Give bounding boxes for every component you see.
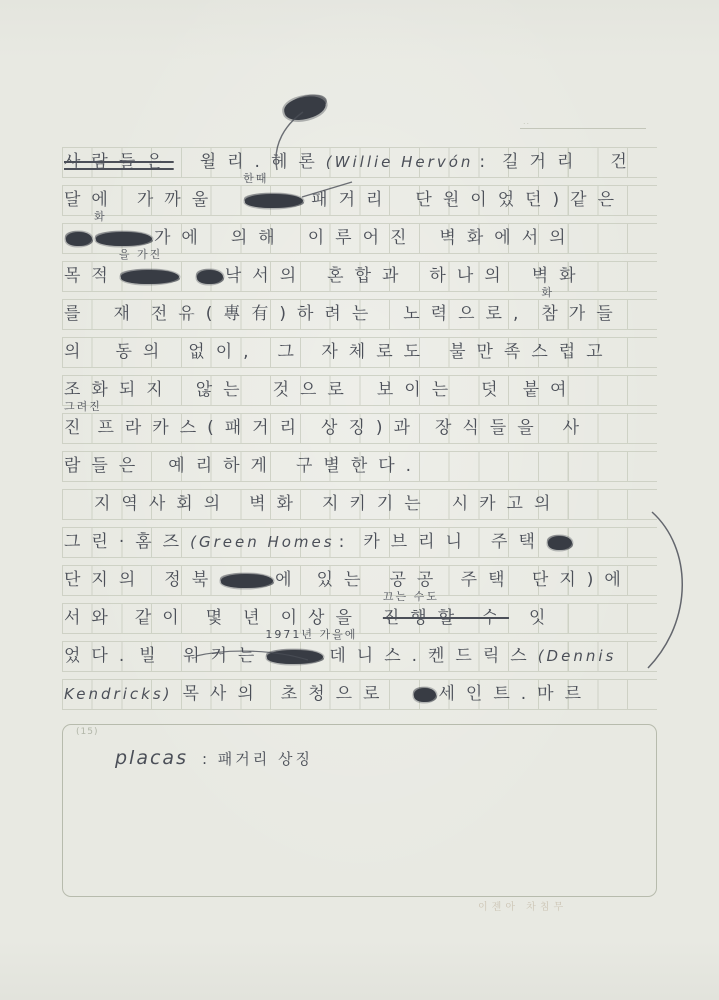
- handwritten-latin-text: (Dennis: [538, 641, 617, 670]
- handwritten-korean-text: 프라카스(패거리: [97, 413, 307, 442]
- scribbled-out-word: [546, 527, 574, 556]
- hand-gap: [146, 584, 164, 585]
- korean-text: 벽화: [249, 494, 304, 514]
- handwritten-korean-text: 없이,: [188, 337, 259, 366]
- scribbled-out-word: 한때: [243, 185, 305, 214]
- hand-gap: [209, 242, 231, 243]
- manuscript-line: 달에가까울한때패거리단원이었던)같은: [64, 185, 704, 214]
- scribbled-out-note: [282, 92, 328, 124]
- korean-text: 의: [64, 342, 91, 362]
- handwritten-latin-text: (Willie Hervón: [326, 147, 474, 176]
- korean-text: 지키기는: [322, 494, 432, 514]
- latin-text: Kendricks): [64, 685, 173, 703]
- latin-text: (Willie Hervón: [326, 153, 474, 171]
- hand-gap: [421, 432, 435, 433]
- korean-text: 몇: [206, 608, 233, 628]
- scribbled-out-word: [64, 223, 94, 252]
- korean-text: 프라카스(패거리: [97, 418, 307, 438]
- handwritten-korean-text: 붙여: [523, 375, 578, 404]
- korean-text: 조화되지: [64, 380, 174, 400]
- hand-gap: [233, 622, 243, 623]
- handwritten-korean-text: 의해: [231, 223, 286, 252]
- hand-gap: [170, 356, 188, 357]
- hand-gap: [219, 204, 243, 205]
- footnote-latin-word: placas: [115, 747, 188, 769]
- manuscript-line: 조화되지않는것으로보이는덧붙여: [64, 375, 704, 404]
- handwritten-korean-text: 를: [64, 299, 91, 328]
- handwritten-korean-text: 있는: [317, 565, 372, 594]
- hand-gap: [431, 356, 449, 357]
- handwritten-korean-text: 장식들을: [435, 413, 545, 442]
- korean-text: 않는: [196, 380, 251, 400]
- manuscript-line: 서와같이몇년이상을진행할 수끄는 수도잇: [64, 603, 704, 632]
- hand-gap: [260, 356, 278, 357]
- handwritten-korean-text: 의: [64, 337, 91, 366]
- hand-gap: [190, 622, 206, 623]
- korean-text: 건: [610, 152, 637, 172]
- korean-text: 패거리: [311, 190, 393, 210]
- korean-text: 이상을: [281, 608, 363, 628]
- korean-text: 전유(專有)하려는: [151, 304, 379, 324]
- handwritten-korean-text: 건: [610, 147, 637, 176]
- hand-gap: [379, 318, 403, 319]
- korean-text: 가에: [154, 228, 209, 248]
- manuscript-line: 사람들은윌리.헤론(Willie Hervón:길거리건: [64, 147, 704, 176]
- korean-text: 지역사회의: [94, 494, 231, 514]
- scribble-blob: [197, 270, 223, 284]
- scribbled-out-word: [412, 679, 438, 708]
- hand-gap: [371, 584, 389, 585]
- handwritten-korean-text: 참가들화: [541, 299, 623, 328]
- manuscript-line: 의동의없이,그 자체로도불만족스럽고: [64, 337, 704, 366]
- korean-text: 혼합과: [327, 266, 409, 286]
- handwritten-korean-text: 같이: [135, 603, 190, 632]
- hand-gap: [278, 470, 296, 471]
- handwritten-korean-text: 주택: [491, 527, 546, 556]
- korean-text: 상징)과: [321, 418, 421, 438]
- scribble-blob: [121, 270, 179, 284]
- handwritten-korean-text: 목적: [64, 261, 119, 290]
- manuscript-line: 진그려진프라카스(패거리상징)과장식들을사: [64, 413, 704, 442]
- scribble-blob: [96, 232, 152, 246]
- korean-text: 진행할 수: [383, 608, 509, 628]
- latin-text: (Green Homes: [190, 533, 335, 551]
- hand-gap: [286, 242, 308, 243]
- footnote-corner-mark: (15): [76, 727, 98, 737]
- korean-text: 노력으로,: [403, 304, 529, 324]
- korean-text: 달에: [64, 190, 119, 210]
- hand-gap: [545, 432, 563, 433]
- manuscript-line: 지역사회의벽화지키기는시카고의: [64, 489, 704, 518]
- handwritten-korean-text: 었다.: [64, 641, 135, 670]
- insertion-above-line: 화: [94, 211, 107, 222]
- korean-text: 공공 주택 단지)에: [389, 570, 631, 590]
- hand-gap: [251, 394, 273, 395]
- handwritten-korean-text: 벽화: [532, 261, 587, 290]
- korean-text: 주택: [491, 532, 546, 552]
- footnote-korean-text: : 패거리 상징: [202, 750, 313, 768]
- insertion-above-line: 1971년 가을에: [265, 629, 357, 640]
- manuscript-line: 를재전유(專有)하려는노력으로,참가들화: [64, 299, 704, 328]
- scribbled-out-word: [219, 565, 275, 594]
- handwritten-korean-text: 카브리니: [363, 527, 473, 556]
- handwritten-korean-text: 세인트.마르: [438, 679, 592, 708]
- handwritten-korean-text: :: [479, 147, 496, 176]
- korean-text: 참가들: [541, 304, 623, 324]
- hand-gap: [529, 318, 541, 319]
- handwritten-korean-text: 패거리: [311, 185, 393, 214]
- hand-gap: [265, 698, 281, 699]
- korean-text: 를: [64, 304, 91, 324]
- handwritten-korean-text: 그린·홈즈: [64, 527, 190, 556]
- handwritten-korean-text: 에: [275, 565, 302, 594]
- hand-gap: [146, 470, 168, 471]
- korean-text: 의해: [231, 228, 286, 248]
- scribble-blob: [245, 194, 303, 208]
- korean-text: 사: [563, 418, 590, 438]
- korean-text: 구별한다.: [296, 456, 422, 476]
- handwritten-korean-text: 그 자체로도: [278, 337, 432, 366]
- handwritten-korean-text: 사: [563, 413, 590, 442]
- handwritten-korean-text: 예리하게: [168, 451, 278, 480]
- korean-text: 없이,: [188, 342, 259, 362]
- korean-text: 벽화: [532, 266, 587, 286]
- korean-text: 람들은: [64, 456, 146, 476]
- hand-gap: [584, 166, 610, 167]
- handwritten-korean-text: 덧: [481, 375, 508, 404]
- korean-text: 목적: [64, 266, 119, 286]
- handwritten-korean-text: 벽화: [249, 489, 304, 518]
- korean-text: 데니스.켄드릭스: [329, 646, 537, 666]
- handwritten-korean-text: 가에: [154, 223, 209, 252]
- korean-text: 에: [275, 570, 302, 590]
- korean-text: 같이: [135, 608, 190, 628]
- handwritten-latin-text: Kendricks): [64, 679, 173, 708]
- korean-text: 목사의: [183, 684, 265, 704]
- hand-gap: [432, 508, 452, 509]
- handwritten-latin-text: (Green Homes: [190, 527, 335, 556]
- handwritten-korean-text: 데니스.켄드릭스: [329, 641, 537, 670]
- handwritten-korean-text: 서와: [64, 603, 119, 632]
- handwritten-korean-text: 하나의: [429, 261, 511, 290]
- korean-text: 년: [243, 608, 270, 628]
- scribbled-out-word: [195, 261, 225, 290]
- insertion-above-line: 한때: [243, 173, 268, 184]
- insertion-above-line: 을 가진: [119, 249, 162, 260]
- korean-text: 불만족스럽고: [449, 342, 614, 362]
- hand-gap: [390, 698, 412, 699]
- handwritten-korean-text: 가까울: [137, 185, 219, 214]
- handwritten-korean-text: 잇: [529, 603, 556, 632]
- korean-text: 잇: [529, 608, 556, 628]
- korean-text: 덧: [481, 380, 508, 400]
- hand-gap: [304, 508, 322, 509]
- struck-korean-text: 진행할 수끄는 수도: [383, 603, 509, 632]
- header-rule-line: [520, 128, 646, 129]
- handwritten-korean-text: :: [339, 527, 356, 556]
- handwritten-korean-text: 재: [113, 299, 140, 328]
- handwritten-korean-text: 진그려진: [64, 413, 91, 442]
- hand-gap: [64, 508, 94, 509]
- struck-korean-text: 사람들은: [64, 147, 174, 176]
- korean-text: 초청으로: [281, 684, 391, 704]
- hand-gap: [512, 280, 532, 281]
- hand-gap: [473, 546, 491, 547]
- scribble-blob: [221, 574, 273, 588]
- manuscript-line: 목적을 가진낙서의혼합과하나의벽화: [64, 261, 704, 290]
- handwritten-korean-text: 정북: [164, 565, 219, 594]
- hand-gap: [355, 394, 377, 395]
- handwritten-korean-text: 단원이었던): [415, 185, 570, 214]
- handwritten-korean-text: 지키기는: [322, 489, 432, 518]
- korean-text: 것으로: [273, 380, 355, 400]
- manuscript-line: Kendricks)목사의초청으로세인트.마르: [64, 679, 704, 708]
- handwritten-korean-text: 것으로: [273, 375, 355, 404]
- handwritten-korean-text: 지역사회의: [94, 489, 231, 518]
- handwritten-korean-text: 람들은: [64, 451, 146, 480]
- handwritten-korean-text: 노력으로,: [403, 299, 529, 328]
- handwritten-korean-text: 달에: [64, 185, 119, 214]
- hand-gap: [271, 622, 281, 623]
- korean-text: 동의: [115, 342, 170, 362]
- handwritten-korean-text: 몇: [206, 603, 233, 632]
- scribbled-out-word: 을 가진: [119, 261, 181, 290]
- korean-text: 카브리니: [363, 532, 473, 552]
- handwritten-korean-text: 전유(專有)하려는: [151, 299, 379, 328]
- manuscript-line: 그린·홈즈(Green Homes:카브리니주택: [64, 527, 704, 556]
- handwritten-korean-text: 혼합과: [327, 261, 409, 290]
- insertion-above-line: 화: [541, 287, 554, 298]
- insertion-above-line: 그려진: [64, 401, 102, 412]
- hand-gap: [393, 204, 415, 205]
- hand-gap: [409, 280, 429, 281]
- hand-gap: [509, 622, 529, 623]
- scribble-blob: [66, 232, 92, 246]
- hand-gap: [119, 204, 137, 205]
- header-faint-mark: ..: [523, 117, 530, 126]
- scribble-blob: [267, 650, 323, 664]
- korean-text: 길거리: [502, 152, 584, 172]
- handwritten-korean-text: 불만족스럽고: [449, 337, 614, 366]
- korean-text: 빌 워커는: [139, 646, 265, 666]
- korean-text: 있는: [317, 570, 372, 590]
- hand-gap: [363, 622, 383, 623]
- manuscript-line: 었다.빌 워커는1971년 가을에데니스.켄드릭스(Dennis: [64, 641, 704, 670]
- manuscript-line: 람들은예리하게구별한다.: [64, 451, 704, 480]
- korean-text: 세인트.마르: [438, 684, 592, 704]
- korean-text: 정북: [164, 570, 219, 590]
- handwritten-korean-text: 초청으로: [281, 679, 391, 708]
- korean-text: 보이는: [377, 380, 459, 400]
- hand-gap: [303, 584, 317, 585]
- korean-text: 서와: [64, 608, 119, 628]
- handwritten-korean-text: 동의: [115, 337, 170, 366]
- korean-text: 가까울: [137, 190, 219, 210]
- hand-gap: [307, 280, 327, 281]
- hand-gap: [174, 394, 196, 395]
- korean-text: 붙여: [523, 380, 578, 400]
- korean-text: 장식들을: [435, 418, 545, 438]
- footnote-text: placas: 패거리 상징: [115, 745, 313, 771]
- hand-gap: [231, 508, 249, 509]
- handwritten-korean-text: 구별한다.: [296, 451, 422, 480]
- hand-gap: [417, 242, 439, 243]
- scribbled-out-word: 1971년 가을에: [265, 641, 325, 670]
- korean-text: 예리하게: [168, 456, 278, 476]
- handwritten-korean-text: 이루어진: [308, 223, 418, 252]
- hand-gap: [173, 698, 183, 699]
- korean-text: 재: [113, 304, 140, 324]
- insertion-above-line: 끄는 수도: [383, 591, 439, 602]
- handwritten-korean-text: 않는: [196, 375, 251, 404]
- hand-gap: [181, 280, 195, 281]
- scribble-blob: [414, 688, 436, 702]
- korean-text: 같은: [570, 190, 625, 210]
- handwritten-korean-text: 길거리: [502, 147, 584, 176]
- hand-gap: [355, 546, 363, 547]
- korean-text: 하나의: [429, 266, 511, 286]
- korean-text: 그린·홈즈: [64, 532, 190, 552]
- korean-text: 벽화에서의: [439, 228, 576, 248]
- korean-text: 낙서의: [225, 266, 307, 286]
- handwritten-korean-text: 벽화에서의: [439, 223, 576, 252]
- handwritten-korean-text: 단지의: [64, 565, 146, 594]
- handwritten-korean-text: 보이는: [377, 375, 459, 404]
- hand-gap: [119, 622, 135, 623]
- scribble-blob: [548, 536, 572, 550]
- hand-gap: [459, 394, 481, 395]
- hand-gap: [509, 394, 523, 395]
- hand-gap: [91, 318, 113, 319]
- latin-text: (Dennis: [538, 647, 617, 665]
- korean-text: 었다.: [64, 646, 135, 666]
- korean-text: 단지의: [64, 570, 146, 590]
- korean-text: 단원이었던): [415, 190, 570, 210]
- korean-text: 사람들은: [64, 152, 174, 172]
- handwritten-korean-text: 시카고의: [452, 489, 562, 518]
- hand-gap: [141, 318, 151, 319]
- hand-gap: [91, 356, 115, 357]
- korean-text: 그 자체로도: [278, 342, 432, 362]
- korean-text: :: [339, 532, 356, 552]
- hand-gap: [307, 432, 321, 433]
- handwritten-korean-text: 낙서의: [225, 261, 307, 290]
- hand-gap: [174, 166, 200, 167]
- korean-text: :: [479, 152, 496, 172]
- korean-text: 윌리.헤론: [200, 152, 326, 172]
- handwritten-korean-text: 상징)과: [321, 413, 421, 442]
- paper-maker-print: 이젠아 차침무: [478, 898, 567, 913]
- handwritten-korean-text: 목사의: [183, 679, 265, 708]
- korean-text: 진: [64, 418, 91, 438]
- handwritten-korean-text: 같은: [570, 185, 625, 214]
- korean-text: 시카고의: [452, 494, 562, 514]
- korean-text: 이루어진: [308, 228, 418, 248]
- handwritten-korean-text: 빌 워커는: [139, 641, 265, 670]
- manuscript-page: .. 사람들은윌리.헤론(Willie Hervón:길거리건달에가까울한때패거…: [0, 0, 719, 1000]
